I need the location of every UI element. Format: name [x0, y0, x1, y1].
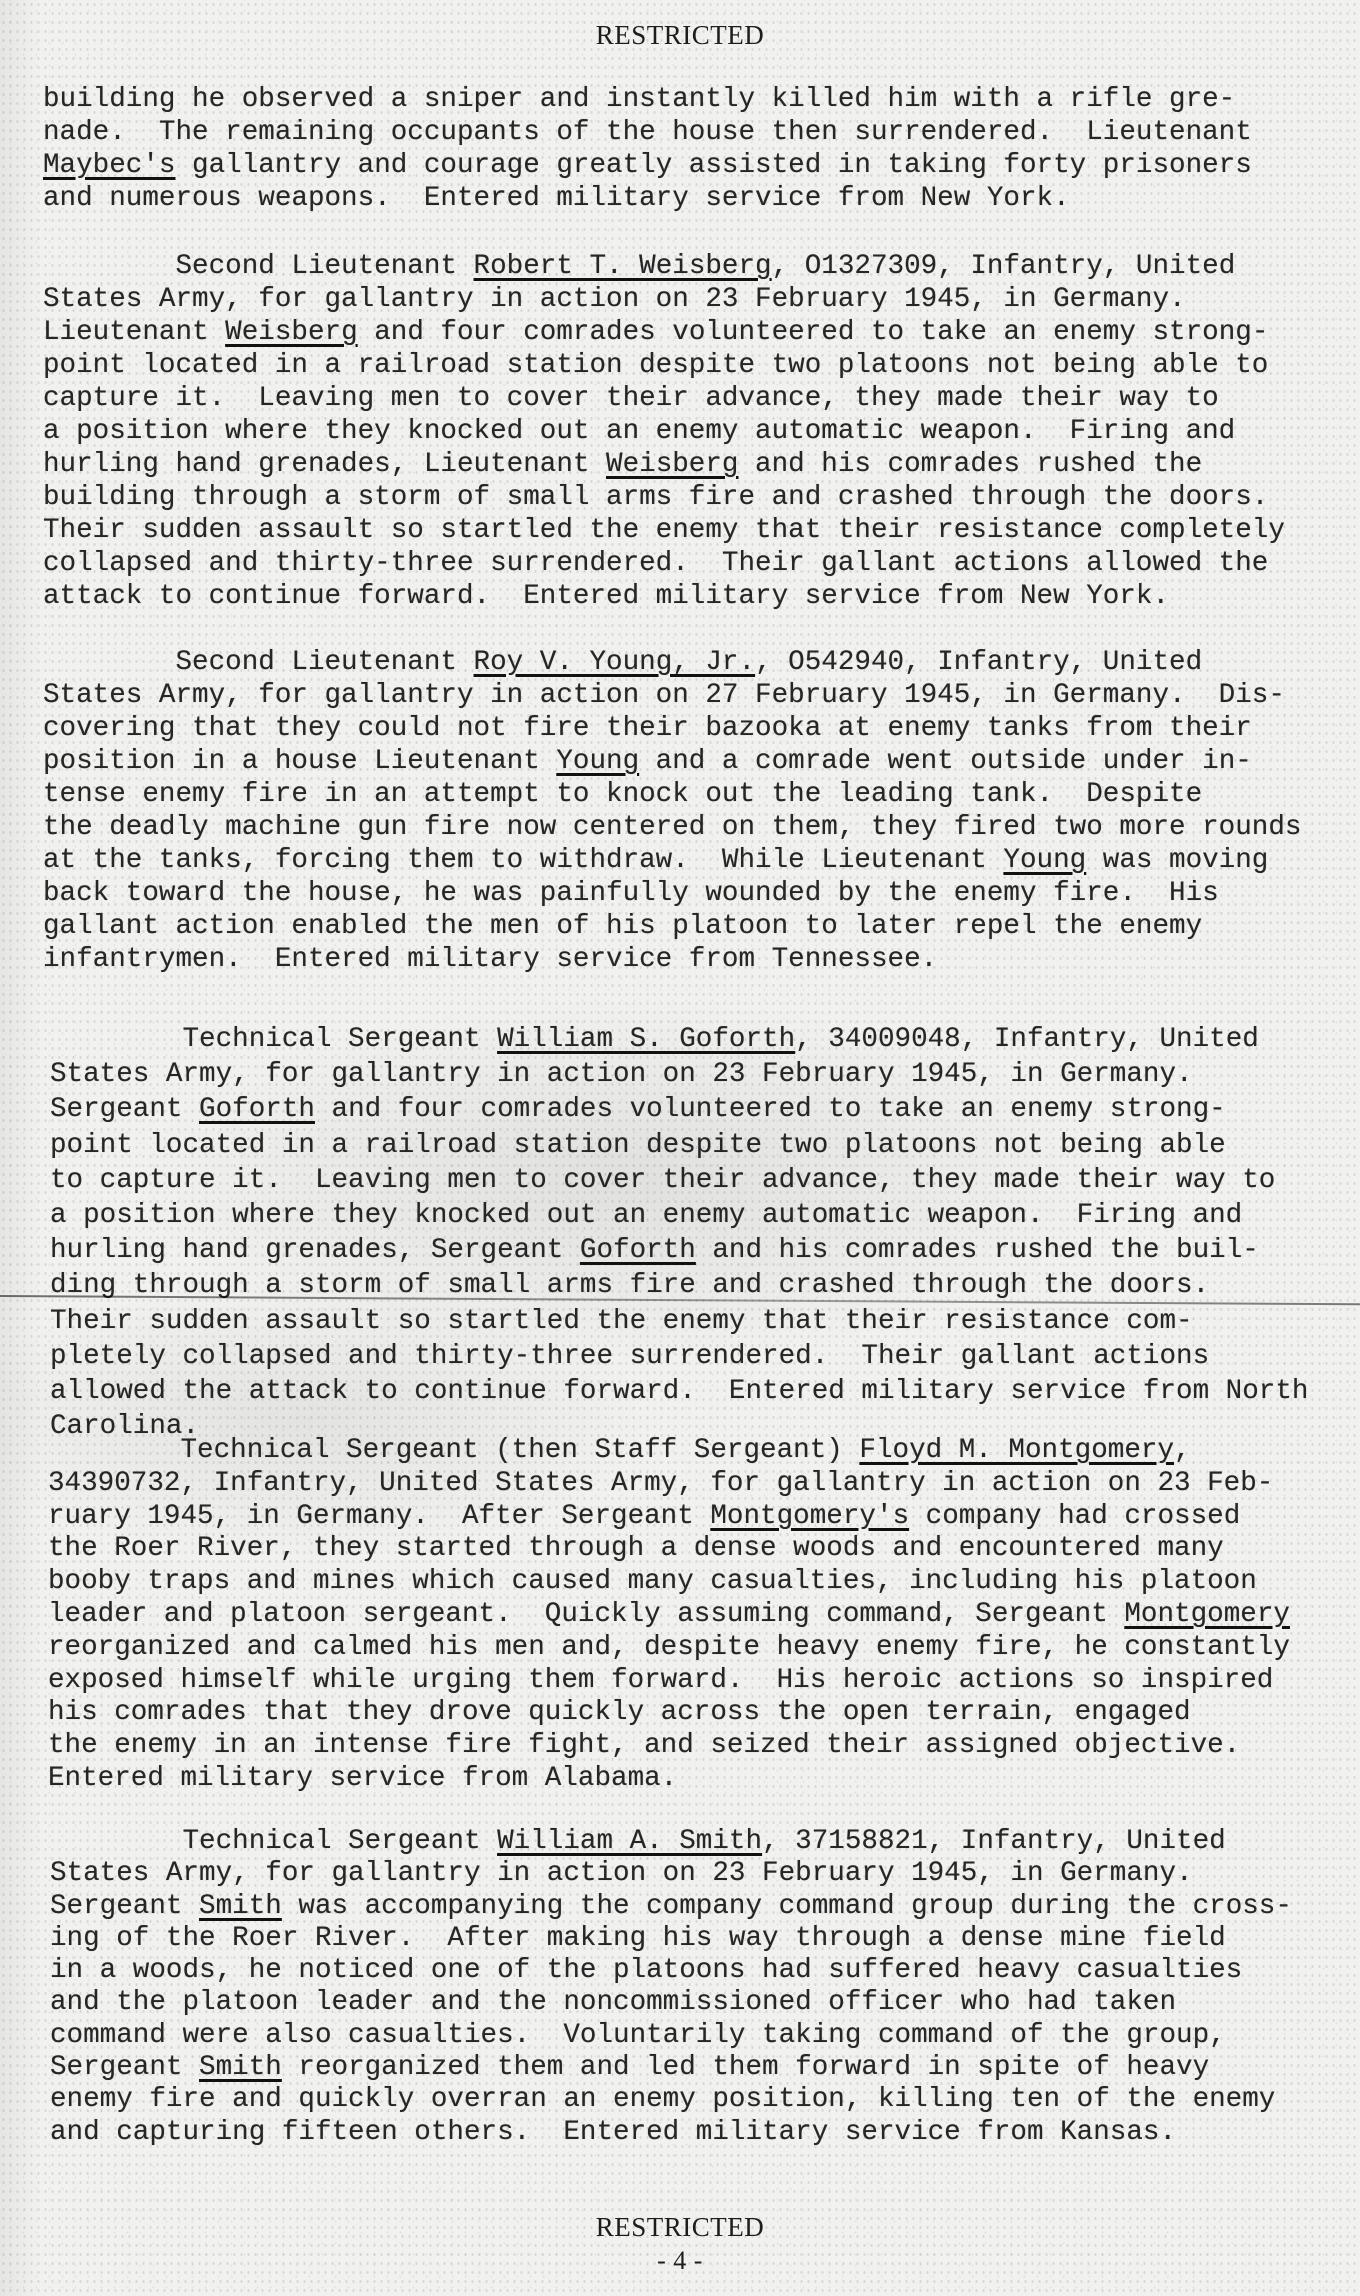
text-segment: was accompanying the company command gro… [282, 1891, 1292, 1922]
text-segment: and numerous weapons. Entered military s… [43, 183, 1070, 214]
text-line: building he observed a sniper and instan… [43, 83, 1333, 116]
text-line: in a woods, he noticed one of the platoo… [50, 1955, 1340, 1987]
text-segment: States Army, for gallantry in action on … [50, 1858, 1193, 1889]
text-segment: Entered military service from Alabama. [48, 1763, 677, 1794]
text-segment: and capturing fifteen others. Entered mi… [50, 2117, 1176, 2148]
text-segment: the deadly machine gun fire now centered… [43, 812, 1301, 843]
text-line: gallant action enabled the men of his pl… [43, 910, 1333, 943]
text-segment: was moving [1086, 845, 1268, 876]
text-line: ing of the Roer River. After making his … [50, 1923, 1340, 1955]
text-segment: and his comrades rushed the buil- [696, 1235, 1259, 1266]
underlined-name: Smith [199, 2052, 282, 2083]
text-line: Technical Sergeant William A. Smith, 371… [50, 1826, 1340, 1858]
text-segment: a position where they knocked out an ene… [43, 416, 1235, 447]
underlined-name: William S. Goforth [497, 1024, 795, 1055]
text-segment: point located in a railroad station desp… [43, 350, 1268, 381]
text-segment: covering that they could not fire their … [43, 713, 1252, 744]
text-line: tense enemy fire in an attempt to knock … [43, 778, 1333, 811]
paragraph-young-citation: Second Lieutenant Roy V. Young, Jr., O54… [43, 646, 1333, 976]
text-segment: ing of the Roer River. After making his … [50, 1923, 1226, 1954]
text-segment: a position where they knocked out an ene… [50, 1200, 1242, 1231]
underlined-name: Montgomery [1124, 1599, 1290, 1630]
classification-footer: RESTRICTED [0, 2212, 1360, 2243]
text-line: covering that they could not fire their … [43, 712, 1333, 745]
text-line: Lieutenant Weisberg and four comrades vo… [43, 316, 1333, 349]
text-line: hurling hand grenades, Lieutenant Weisbe… [43, 448, 1333, 481]
text-segment: and his comrades rushed the [739, 449, 1203, 480]
text-segment: ruary 1945, in Germany. After Sergeant [48, 1501, 710, 1532]
text-line: leader and platoon sergeant. Quickly ass… [48, 1599, 1338, 1632]
text-segment: enemy fire and quickly overran an enemy … [50, 2084, 1275, 2115]
underlined-name: Goforth [199, 1094, 315, 1125]
text-line: and capturing fifteen others. Entered mi… [50, 2117, 1340, 2149]
text-segment: in a woods, he noticed one of the platoo… [50, 1955, 1242, 1986]
underlined-name: William A. Smith [497, 1826, 762, 1857]
text-line: infantrymen. Entered military service fr… [43, 943, 1333, 976]
text-line: States Army, for gallantry in action on … [43, 679, 1333, 712]
text-line: the deadly machine gun fire now centered… [43, 811, 1333, 844]
text-segment: the enemy in an intense fire fight, and … [48, 1730, 1240, 1761]
text-segment: reorganized them and led them forward in… [282, 2052, 1209, 2083]
paragraph-maybec-continuation: building he observed a sniper and instan… [43, 83, 1333, 215]
text-segment: and a comrade went outside under in- [639, 746, 1252, 777]
text-segment: , O542940, Infantry, United [755, 647, 1202, 678]
text-line: Second Lieutenant Roy V. Young, Jr., O54… [43, 646, 1333, 679]
text-segment: at the tanks, forcing them to withdraw. … [43, 845, 1003, 876]
classification-header: RESTRICTED [0, 20, 1360, 51]
text-segment: point located in a railroad station desp… [50, 1130, 1226, 1161]
text-line: allowed the attack to continue forward. … [50, 1374, 1340, 1409]
text-line: States Army, for gallantry in action on … [43, 283, 1333, 316]
paragraph-montgomery-citation: Technical Sergeant (then Staff Sergeant)… [48, 1435, 1338, 1796]
text-line: Their sudden assault so startled the ene… [43, 514, 1333, 547]
text-line: Maybec's gallantry and courage greatly a… [43, 149, 1333, 182]
text-segment: and four comrades volunteered to take an… [315, 1094, 1226, 1125]
text-segment: infantrymen. Entered military service fr… [43, 944, 937, 975]
text-segment: command were also casualties. Voluntaril… [50, 2020, 1226, 2051]
text-line: States Army, for gallantry in action on … [50, 1057, 1340, 1092]
underlined-name: Montgomery's [710, 1501, 909, 1532]
text-line: Sergeant Smith was accompanying the comp… [50, 1891, 1340, 1923]
text-segment: position in a house Lieutenant [43, 746, 556, 777]
text-segment: allowed the attack to continue forward. … [50, 1376, 1308, 1407]
text-line: Second Lieutenant Robert T. Weisberg, O1… [43, 250, 1333, 283]
text-line: the enemy in an intense fire fight, and … [48, 1730, 1338, 1763]
text-line: pletely collapsed and thirty-three surre… [50, 1339, 1340, 1374]
text-line: Sergeant Smith reorganized them and led … [50, 2052, 1340, 2084]
text-line: States Army, for gallantry in action on … [50, 1858, 1340, 1890]
text-line: ruary 1945, in Germany. After Sergeant M… [48, 1501, 1338, 1534]
text-line: position in a house Lieutenant Young and… [43, 745, 1333, 778]
text-line: collapsed and thirty-three surrendered. … [43, 547, 1333, 580]
text-segment: his comrades that they drove quickly acr… [48, 1697, 1191, 1728]
underlined-name: Maybec's [43, 150, 175, 181]
text-segment: collapsed and thirty-three surrendered. … [43, 548, 1268, 579]
text-line: booby traps and mines which caused many … [48, 1566, 1338, 1599]
text-segment: Lieutenant [43, 317, 225, 348]
text-line: a position where they knocked out an ene… [43, 415, 1333, 448]
text-line: Sergeant Goforth and four comrades volun… [50, 1092, 1340, 1127]
text-segment: company had crossed [909, 1501, 1240, 1532]
text-segment: States Army, for gallantry in action on … [43, 284, 1186, 315]
text-segment: Sergeant [50, 2052, 199, 2083]
text-line: exposed himself while urging them forwar… [48, 1665, 1338, 1698]
text-line: his comrades that they drove quickly acr… [48, 1697, 1338, 1730]
text-line: and numerous weapons. Entered military s… [43, 182, 1333, 215]
text-segment: to capture it. Leaving men to cover thei… [50, 1165, 1275, 1196]
text-line: at the tanks, forcing them to withdraw. … [43, 844, 1333, 877]
text-line: a position where they knocked out an ene… [50, 1198, 1340, 1233]
text-segment: Their sudden assault so startled the ene… [43, 515, 1285, 546]
underlined-name: Weisberg [225, 317, 357, 348]
text-line: to capture it. Leaving men to cover thei… [50, 1163, 1340, 1198]
paragraph-smith-citation: Technical Sergeant William A. Smith, 371… [50, 1826, 1340, 2149]
text-line: nade. The remaining occupants of the hou… [43, 116, 1333, 149]
paragraph-weisberg-citation: Second Lieutenant Robert T. Weisberg, O1… [43, 250, 1333, 613]
text-line: 34390732, Infantry, United States Army, … [48, 1468, 1338, 1501]
page-number: - 4 - [0, 2246, 1360, 2276]
text-segment: booby traps and mines which caused many … [48, 1566, 1257, 1597]
text-segment: States Army, for gallantry in action on … [43, 680, 1285, 711]
underlined-name: Roy V. Young, Jr. [474, 647, 756, 678]
text-segment: pletely collapsed and thirty-three surre… [50, 1341, 1209, 1372]
text-segment: Second Lieutenant [43, 647, 474, 678]
text-segment: attack to continue forward. Entered mili… [43, 581, 1169, 612]
text-line: Entered military service from Alabama. [48, 1763, 1338, 1796]
text-segment: building through a storm of small arms f… [43, 482, 1268, 513]
text-segment: Second Lieutenant [43, 251, 474, 282]
text-segment: hurling hand grenades, Lieutenant [43, 449, 606, 480]
underlined-name: Young [556, 746, 639, 777]
text-segment: States Army, for gallantry in action on … [50, 1059, 1193, 1090]
text-segment: Sergeant [50, 1094, 199, 1125]
text-line: reorganized and calmed his men and, desp… [48, 1632, 1338, 1665]
text-line: point located in a railroad station desp… [43, 349, 1333, 382]
underlined-name: Young [1003, 845, 1086, 876]
text-line: command were also casualties. Voluntaril… [50, 2020, 1340, 2052]
text-segment: gallantry and courage greatly assisted i… [175, 150, 1251, 181]
text-segment: , [1174, 1435, 1191, 1466]
text-segment: Technical Sergeant [50, 1024, 497, 1055]
text-segment: , O1327309, Infantry, United [772, 251, 1236, 282]
text-segment: gallant action enabled the men of his pl… [43, 911, 1202, 942]
text-line: hurling hand grenades, Sergeant Goforth … [50, 1233, 1340, 1268]
text-segment: tense enemy fire in an attempt to knock … [43, 779, 1202, 810]
text-segment: Technical Sergeant (then Staff Sergeant) [48, 1435, 859, 1466]
underlined-name: Goforth [580, 1235, 696, 1266]
text-line: point located in a railroad station desp… [50, 1128, 1340, 1163]
paragraph-goforth-citation: Technical Sergeant William S. Goforth, 3… [50, 1022, 1340, 1444]
text-segment: Their sudden assault so startled the ene… [50, 1306, 1193, 1337]
underlined-name: Weisberg [606, 449, 738, 480]
text-segment: 34390732, Infantry, United States Army, … [48, 1468, 1273, 1499]
text-segment: back toward the house, he was painfully … [43, 878, 1219, 909]
text-segment: , 34009048, Infantry, United [795, 1024, 1259, 1055]
text-segment: reorganized and calmed his men and, desp… [48, 1632, 1290, 1663]
underlined-name: Smith [199, 1891, 282, 1922]
text-line: the Roer River, they started through a d… [48, 1533, 1338, 1566]
text-line: building through a storm of small arms f… [43, 481, 1333, 514]
text-segment: building he observed a sniper and instan… [43, 84, 1235, 115]
text-segment: leader and platoon sergeant. Quickly ass… [48, 1599, 1124, 1630]
text-segment: nade. The remaining occupants of the hou… [43, 117, 1252, 148]
text-segment: Technical Sergeant [50, 1826, 497, 1857]
text-line: capture it. Leaving men to cover their a… [43, 382, 1333, 415]
text-segment: , 37158821, Infantry, United [762, 1826, 1226, 1857]
text-segment: and the platoon leader and the noncommis… [50, 1987, 1176, 2018]
underlined-name: Floyd M. Montgomery [859, 1435, 1174, 1466]
underlined-name: Robert T. Weisberg [474, 251, 772, 282]
text-line: and the platoon leader and the noncommis… [50, 1987, 1340, 2019]
text-line: back toward the house, he was painfully … [43, 877, 1333, 910]
text-segment: the Roer River, they started through a d… [48, 1533, 1224, 1564]
text-line: Their sudden assault so startled the ene… [50, 1304, 1340, 1339]
text-segment: and four comrades volunteered to take an… [358, 317, 1269, 348]
text-segment: Sergeant [50, 1891, 199, 1922]
text-line: Technical Sergeant William S. Goforth, 3… [50, 1022, 1340, 1057]
text-line: enemy fire and quickly overran an enemy … [50, 2084, 1340, 2116]
text-line: attack to continue forward. Entered mili… [43, 580, 1333, 613]
text-segment: capture it. Leaving men to cover their a… [43, 383, 1219, 414]
text-line: Technical Sergeant (then Staff Sergeant)… [48, 1435, 1338, 1468]
text-segment: exposed himself while urging them forwar… [48, 1665, 1273, 1696]
text-segment: hurling hand grenades, Sergeant [50, 1235, 580, 1266]
